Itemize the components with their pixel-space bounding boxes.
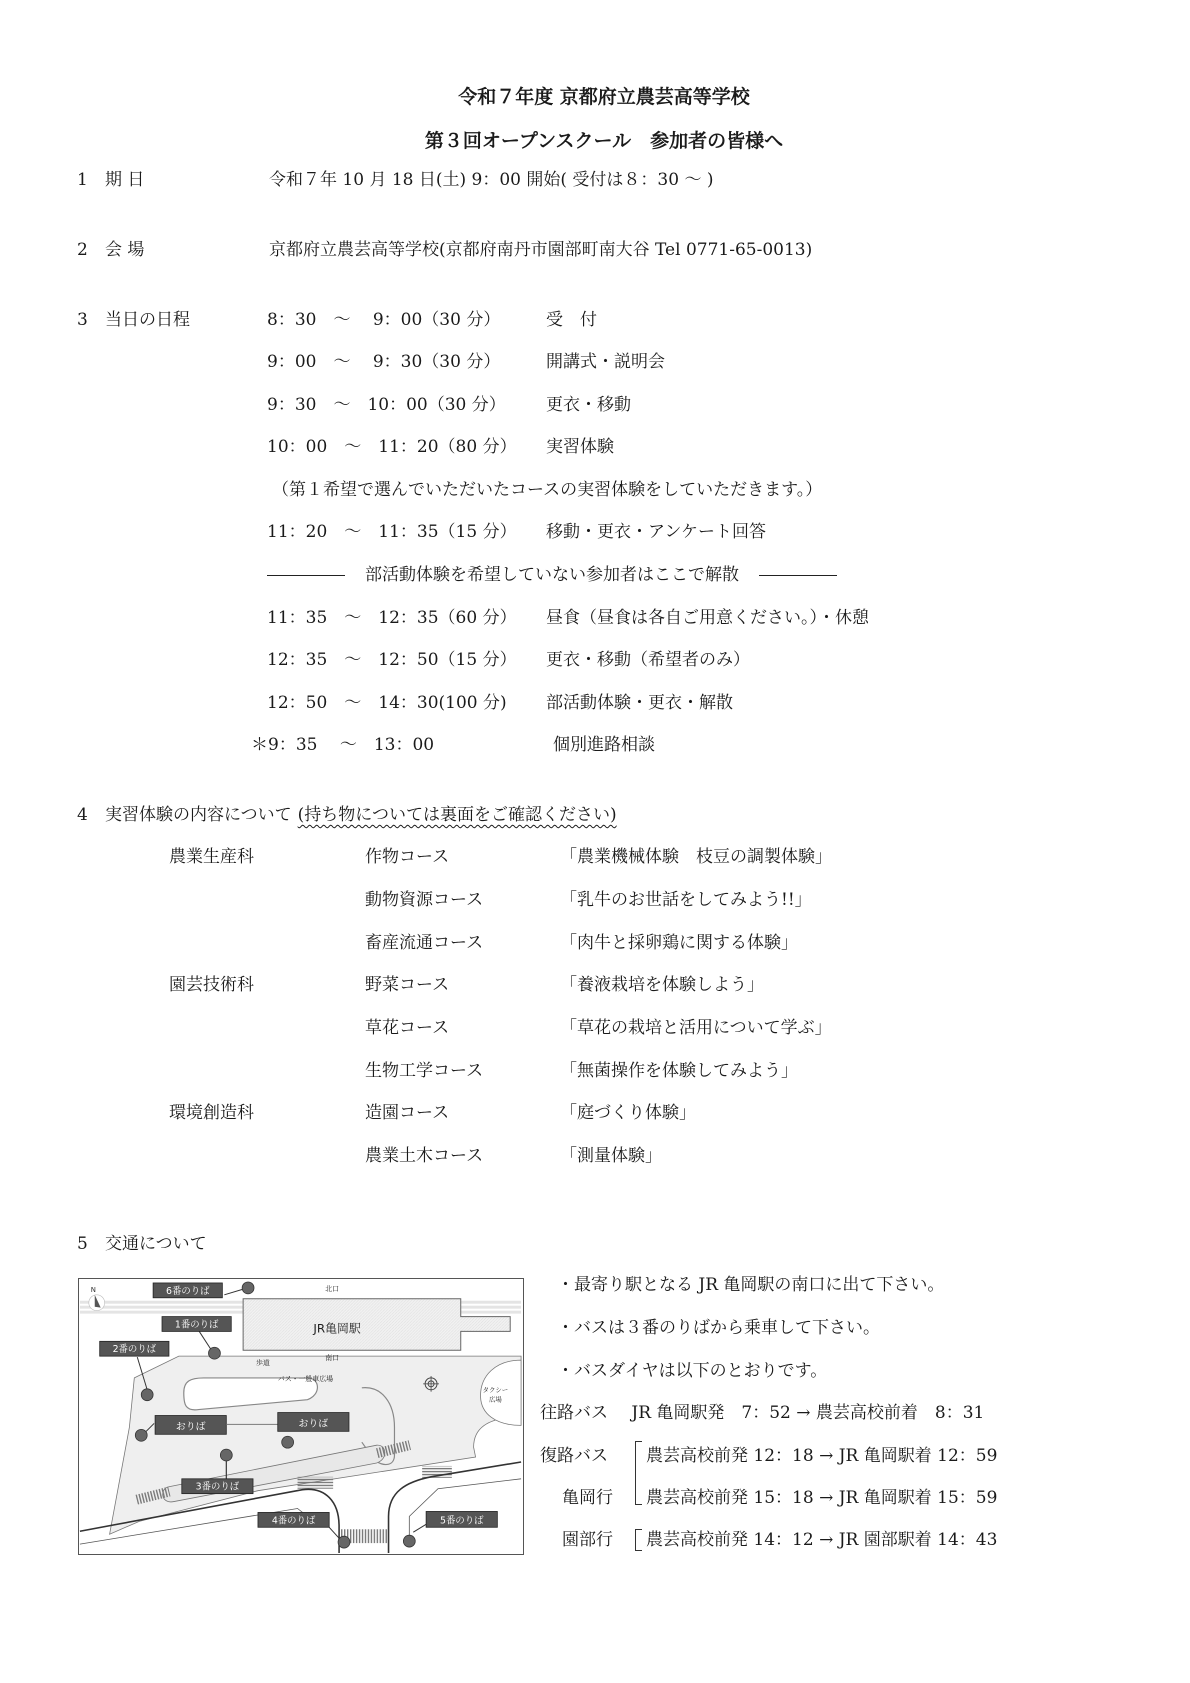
schedule-desc: 開講式・説明会 [546,351,665,373]
course-name: 造園コース [365,1102,449,1124]
section-transport-label: 5交通について [77,1233,207,1255]
document-subtitle: 第３回オープンスクール 参加者の皆様へ [0,126,1190,153]
schedule-desc: 更衣・移動（希望者のみ） [546,649,750,671]
department: 環境創造科 [169,1102,254,1124]
course-desc: 「肉牛と採卵鶏に関する体験」 [560,932,798,954]
bus-stop-2-marker [141,1389,153,1401]
dropoff-1-marker [135,1429,147,1441]
schedule-time: 12：35 〜 12：50（15 分） [267,649,517,671]
separator-text: 部活動体験を希望していない参加者はここで解散 [365,565,739,585]
section-number: 2 [77,239,105,261]
section-practice-label: 4実習体験の内容について(持ち物については裏面をご確認ください) [77,804,617,826]
department: 農業生産科 [169,846,254,868]
taxi-label-2: 広場 [489,1395,502,1404]
course-name: 畜産流通コース [365,932,483,954]
divider [267,575,345,576]
course-desc: 「乳牛のお世話をしてみよう!!」 [560,889,812,911]
dropoff-2-label: おりば [299,1417,329,1429]
course-desc: 「庭づくり体験」 [560,1102,696,1124]
course-desc: 「無菌操作を体験してみよう」 [560,1060,798,1082]
outbound-time: JR 亀岡駅発 7：52 → 農芸高校前着 8：31 [631,1403,984,1423]
schedule-desc: 更衣・移動 [546,394,631,416]
course-desc: 「測量体験」 [560,1145,662,1167]
schedule-desc: 部活動体験・更衣・解散 [546,692,733,714]
plaza-label: バス・一般車広場 [278,1374,333,1383]
label-text: 当日の日程 [105,310,190,330]
consult-desc: 個別進路相談 [553,734,655,756]
transport-bullet: ・最寄り駅となる JR 亀岡駅の南口に出て下さい。 [557,1274,944,1296]
label-text: 交通について [105,1234,207,1254]
bus-stop-5-label: 5番のりば [440,1514,484,1526]
station-name: JR亀岡駅 [312,1321,360,1335]
outbound-bus-row: 往路バス JR 亀岡駅発 7：52 → 農芸高校前着 8：31 [540,1402,984,1424]
course-name: 動物資源コース [365,889,483,911]
station-map-graphic: N JR亀岡駅 北口 南口 歩道 バス・一般車広場 タクシー 広場 6番のりば … [79,1279,522,1553]
section-number: 1 [77,169,105,191]
station-map: N JR亀岡駅 北口 南口 歩道 バス・一般車広場 タクシー 広場 6番のりば … [78,1278,524,1555]
sonobe-bus-time: 農芸高校前発 14：12 → JR 園部駅着 14：43 [646,1529,997,1551]
bus-stop-4-marker [338,1536,350,1548]
section-number: 4 [77,804,105,826]
divider [759,575,837,576]
dismissal-separator: 部活動体験を希望していない参加者はここで解散 [267,564,857,586]
course-name: 農業土木コース [365,1145,483,1167]
course-name: 作物コース [365,846,449,868]
return-bus-label: 復路バス [540,1445,608,1467]
venue-value: 京都府立農芸高等学校(京都府南丹市園部町南大谷 Tel 0771-65-0013… [269,239,812,261]
transport-bullet: ・バスは３番のりばから乗車して下さい。 [557,1317,880,1339]
outbound-label: 往路バス [540,1403,608,1423]
schedule-time: 11：35 〜 12：35（60 分） [267,607,517,629]
schedule-desc: 昼食（昼食は各自ご用意ください。）・休憩 [546,607,869,629]
schedule-desc: 移動・更衣・アンケート回答 [546,521,766,543]
label-text: 実習体験の内容について [105,805,292,825]
section-number: 5 [77,1233,105,1255]
taxi-label: タクシー [483,1385,509,1394]
label-text: 期 日 [105,170,144,190]
return-bus-time: 農芸高校前発 12：18 → JR 亀岡駅着 12：59 [646,1445,997,1467]
schedule-time: 9：30 〜 10：00（30 分） [267,394,506,416]
schedule-desc: 受 付 [546,309,597,331]
course-name: 草花コース [365,1017,449,1039]
course-name: 野菜コース [365,974,449,996]
department: 園芸技術科 [169,974,254,996]
bracket [635,1441,642,1505]
course-desc: 「草花の栽培と活用について学ぶ」 [560,1017,832,1039]
dropoff-2-marker [282,1436,294,1448]
document-title: 令和７年度 京都府立農芸高等学校 [0,82,1190,109]
sonobe-label: 園部行 [562,1529,613,1551]
consult-time: ＊9：35 〜 13：00 [251,734,434,756]
bus-stop-2-label: 2番のりば [113,1343,157,1355]
belongings-note: (持ち物については裏面をご確認ください) [298,805,617,825]
dropoff-1-label: おりば [176,1420,206,1432]
bus-stop-4-label: 4番のりば [272,1514,316,1526]
date-value: 令和７年 10 月 18 日(土) 9：00 開始( 受付は８：30 〜 ) [269,169,714,191]
kameoka-label: 亀岡行 [562,1487,613,1509]
bus-stop-5-marker [403,1535,415,1547]
bracket [635,1529,642,1551]
schedule-time: 9：00 〜 9：30（30 分） [267,351,500,373]
sidewalk-label: 歩道 [256,1358,270,1367]
section-number: 3 [77,309,105,331]
section-schedule-label: 3当日の日程 [77,309,190,331]
transport-bullet: ・バスダイヤは以下のとおりです。 [557,1360,827,1382]
schedule-time: 11：20 〜 11：35（15 分） [267,521,517,543]
bus-stop-6-label: 6番のりば [166,1285,210,1297]
bus-stop-3-marker [220,1449,232,1461]
north-label: N [91,1286,96,1294]
schedule-time: 8：30 〜 9：00（30 分） [267,309,500,331]
course-name: 生物工学コース [365,1060,483,1082]
schedule-time: 12：50 〜 14：30(100 分) [267,692,507,714]
schedule-time: 10：00 〜 11：20（80 分） [267,436,517,458]
north-exit-label: 北口 [325,1284,339,1293]
label-text: 会 場 [105,240,144,260]
bus-stop-6-marker [242,1282,254,1294]
course-desc: 「農業機械体験 枝豆の調製体験」 [560,846,832,868]
section-venue-label: 2会 場 [77,239,144,261]
south-exit-label: 南口 [325,1353,339,1362]
section-date-label: 1期 日 [77,169,144,191]
course-desc: 「養液栽培を体験しよう」 [560,974,764,996]
bus-stop-1-marker [209,1347,221,1359]
bus-stop-3-label: 3番のりば [196,1481,240,1493]
bus-stop-1-label: 1番のりば [175,1318,219,1330]
return-bus-time: 農芸高校前発 15：18 → JR 亀岡駅着 15：59 [646,1487,997,1509]
schedule-desc: 実習体験 [546,436,614,458]
schedule-note: （第１希望で選んでいただいたコースの実習体験をしていただきます。） [272,479,822,501]
